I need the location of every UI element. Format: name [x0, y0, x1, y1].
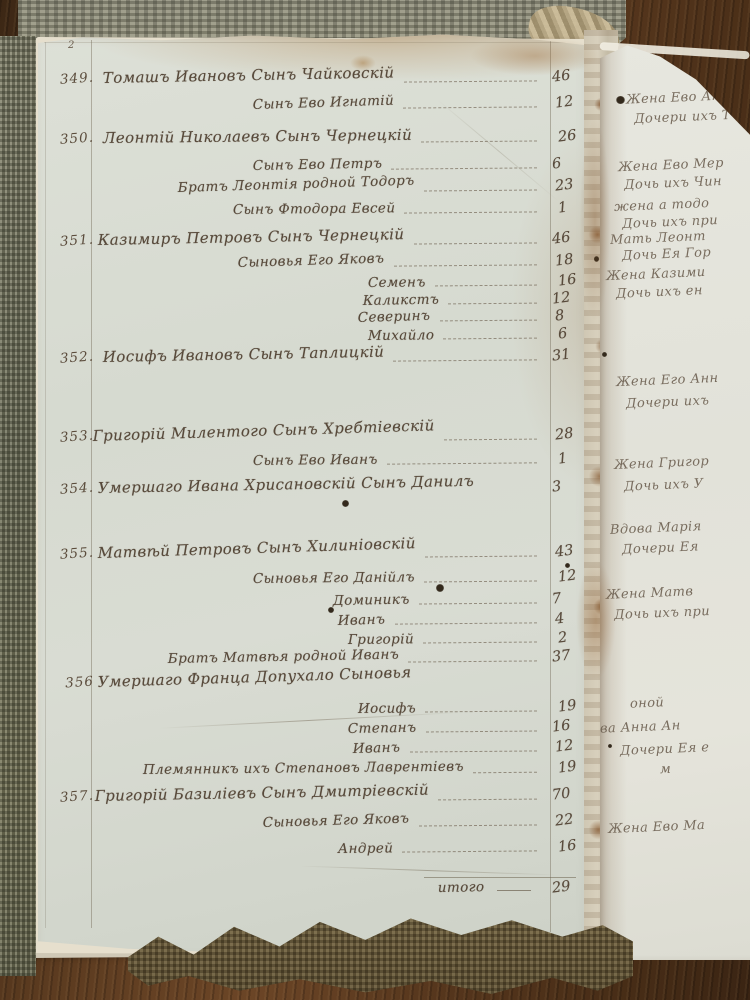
dash-leader: [423, 642, 537, 644]
margin-note-fragment: Дочери Ея е: [620, 740, 710, 759]
person-name-text: Умершаго Ивана Хрисановскій Сынъ Данилъ: [98, 472, 475, 497]
frayed-cover-left: [0, 36, 36, 976]
dash-leader: [424, 581, 537, 583]
register-line: Семенъ: [368, 272, 543, 291]
person-name-text: Племянникъ ихъ Степановъ Лаврентіевъ: [143, 759, 464, 778]
dash-leader: [404, 211, 537, 213]
dash-leader: [395, 622, 537, 624]
dash-leader: [403, 106, 537, 108]
margin-note-fragment: Жена Ево Мер: [618, 156, 724, 175]
person-name-text: Иванъ: [352, 740, 400, 757]
dash-leader: [424, 190, 537, 192]
margin-note-fragment: Жена Матв: [606, 584, 694, 603]
person-name-text: Казимиръ Петровъ Сынъ Чернецкій: [98, 225, 405, 249]
dash-leader: [435, 285, 537, 287]
dash-leader: [404, 80, 537, 82]
margin-note-fragment: Дочь Ея Гор: [622, 245, 712, 264]
entry-number: 351.: [49, 231, 94, 250]
person-name-text: Сынъ Фтодора Евсей: [233, 200, 396, 218]
register-line: Казимиръ Петровъ Сынъ Чернецкій: [98, 230, 543, 249]
stain: [470, 36, 600, 76]
register-line: Григорій Базиліевъ Сынъ Дмитріевскій: [95, 786, 543, 805]
margin-note-fragment: Дочери ихъ Т: [634, 108, 732, 127]
register-line: Михайло: [368, 325, 543, 344]
register-line: Умершаго Ивана Хрисановскій Сынъ Данилъ: [98, 478, 543, 497]
register-line: Сыновья Его Данійлъ: [253, 568, 543, 587]
margin-note-fragment: жена а тодо: [614, 196, 710, 215]
person-name-text: Григорій Милентого Сынъ Хребтіевскій: [92, 416, 434, 445]
total-dash: [497, 890, 531, 891]
dash-leader: [440, 320, 537, 322]
dash-leader: [419, 824, 537, 826]
register-line: Сынъ Ево Игнатій: [253, 94, 543, 113]
register-line: Сынъ Ево Иванъ: [253, 450, 543, 469]
person-name-text: Сынъ Ево Игнатій: [252, 93, 394, 113]
register-line: Иосифъ Ивановъ Сынъ Таплицкій: [103, 347, 543, 366]
person-name-text: Семенъ: [368, 274, 426, 291]
entry-number: 352.: [49, 348, 94, 367]
margin-note-fragment: оной: [630, 695, 665, 711]
corner-mark: 2: [68, 40, 74, 51]
dash-leader: [402, 850, 537, 852]
dash-leader: [393, 359, 537, 361]
dash-leader: [391, 167, 537, 169]
person-name-text: Северинъ: [357, 308, 430, 326]
entry-number: 355.: [49, 544, 94, 563]
person-name-text: Степанъ: [348, 720, 417, 737]
margin-note-fragment: Дочь ихъ при: [614, 604, 711, 623]
register-line: Томашъ Ивановъ Сынъ Чайковскій: [103, 68, 543, 87]
dash-leader: [387, 462, 537, 464]
dash-leader: [414, 242, 537, 244]
margin-note-fragment: Дочери ихъ: [626, 393, 710, 411]
entry-number: 356: [49, 673, 94, 692]
paper-crease: [298, 865, 558, 875]
margin-note-fragment: Дочери Ея: [622, 539, 699, 557]
person-name-text: Матвѣй Петровъ Сынъ Хилиніовскій: [97, 534, 416, 562]
entry-number: 350.: [49, 129, 94, 148]
register-line: Сыновья Его Яковъ: [238, 252, 543, 271]
margin-note-fragment: Жена Григор: [614, 454, 710, 473]
wormhole: [616, 96, 625, 104]
entry-number: 354.: [49, 479, 94, 498]
person-name-text: Сынъ Ево Петръ: [253, 156, 383, 174]
margin-note-fragment: Жена Казими: [606, 265, 706, 284]
age-column-rule: [550, 40, 551, 932]
stain: [576, 560, 616, 680]
person-name-text: Иванъ: [337, 612, 385, 629]
register-line: Иванъ: [353, 738, 543, 757]
dash-leader: [444, 439, 537, 441]
register-line: Северинъ: [358, 307, 543, 326]
dash-leader: [419, 602, 537, 604]
stain: [580, 120, 610, 320]
left-manuscript-page: 2 Томашъ Ивановъ Сынъ Чайковскій349.46Сы…: [38, 30, 600, 958]
dash-leader: [408, 660, 537, 662]
margin-note-fragment: Жена Его Анн: [616, 371, 719, 390]
register-line: Григорій Милентого Сынъ Хребтіевскій: [93, 426, 543, 445]
wormhole: [565, 563, 570, 568]
person-name-text: Сыновья Его Яковъ: [262, 810, 409, 831]
total-row: итого: [438, 880, 531, 896]
dash-leader: [448, 303, 537, 305]
person-name-text: Братъ Леонтія родной Тодоръ: [177, 173, 414, 196]
photo-of-manuscript-page: { "document_kind": "handwritten revision…: [0, 0, 750, 1000]
register-line: Сыновья Его Яковъ: [263, 812, 543, 831]
person-name-text: Сыновья Его Данійлъ: [253, 569, 415, 587]
person-name-text: Андрей: [338, 840, 394, 857]
entry-number: 357.: [49, 787, 94, 806]
dash-leader: [421, 140, 537, 142]
person-name-text: Михайло: [368, 327, 435, 344]
margin-rule-outer: [45, 40, 46, 928]
person-name-text: Умершаго Франца Допухало Сыновья: [97, 663, 411, 691]
total-separator-line: [424, 877, 576, 878]
dash-leader: [425, 556, 537, 558]
total-label: итого: [438, 879, 485, 896]
register-line: Доминикъ: [333, 590, 543, 609]
margin-note-fragment: Вдова Марія: [610, 519, 702, 538]
register-line: Племянникъ ихъ Степановъ Лаврентіевъ: [143, 759, 543, 778]
register-line: Матвѣй Петровъ Сынъ Хилиніовскій: [98, 543, 543, 562]
register-line: Сынъ Ево Петръ: [253, 155, 543, 174]
dash-leader: [410, 750, 537, 752]
right-manuscript-page: Жена Ево Анна аДочери ихъ ТЖена Ево МерД…: [600, 38, 750, 960]
dash-leader: [473, 772, 537, 774]
wormhole: [342, 500, 349, 507]
register-line: Иосифъ: [358, 698, 543, 717]
person-name-text: Сынъ Ево Иванъ: [253, 452, 378, 469]
person-name-text: Григорій Базиліевъ Сынъ Дмитріевскій: [95, 781, 430, 805]
register-line: Леонтій Николаевъ Сынъ Чернецкій: [103, 128, 543, 147]
person-name-text: Доминикъ: [333, 592, 410, 609]
person-name-text: Леонтій Николаевъ Сынъ Чернецкій: [103, 126, 412, 147]
margin-note-fragment: Дочь ихъ ен: [616, 283, 703, 302]
stain: [350, 55, 376, 71]
margin-note-fragment: Дочь ихъ У: [624, 476, 704, 494]
dash-leader: [443, 338, 537, 340]
margin-note-fragment: Жена Ево Ма: [608, 818, 706, 837]
wormhole: [608, 744, 612, 748]
register-line: Иванъ: [338, 610, 543, 629]
dash-leader: [438, 799, 537, 801]
dash-leader: [426, 731, 537, 733]
entry-number: 353.: [49, 427, 94, 446]
margin-note-fragment: м: [660, 762, 672, 777]
wormhole: [328, 607, 334, 613]
margin-note-fragment: Жена Ево Анна а: [626, 87, 750, 107]
register-line: Андрей: [338, 838, 543, 857]
register-line: Сынъ Фтодора Евсей: [233, 199, 543, 218]
wormhole: [602, 352, 607, 357]
person-name-text: Сыновья Его Яковъ: [237, 250, 384, 271]
register-line: Степанъ: [348, 718, 543, 737]
register-line: Григорій: [348, 629, 543, 648]
dash-leader: [394, 264, 537, 266]
margin-note-fragment: ва Анна Ан: [600, 718, 681, 736]
margin-note-fragment: Дочь ихъ Чин: [624, 174, 723, 193]
person-name-text: Иосифъ Ивановъ Сынъ Таплицкій: [103, 343, 385, 366]
wormhole: [436, 584, 444, 592]
person-name-text: Григорій: [348, 631, 414, 648]
register-line: Умершаго Франца Допухало Сыновья: [98, 672, 543, 691]
entry-number: 349.: [49, 69, 94, 88]
register-line: Братъ Леонтія родной Тодоръ: [178, 177, 543, 196]
